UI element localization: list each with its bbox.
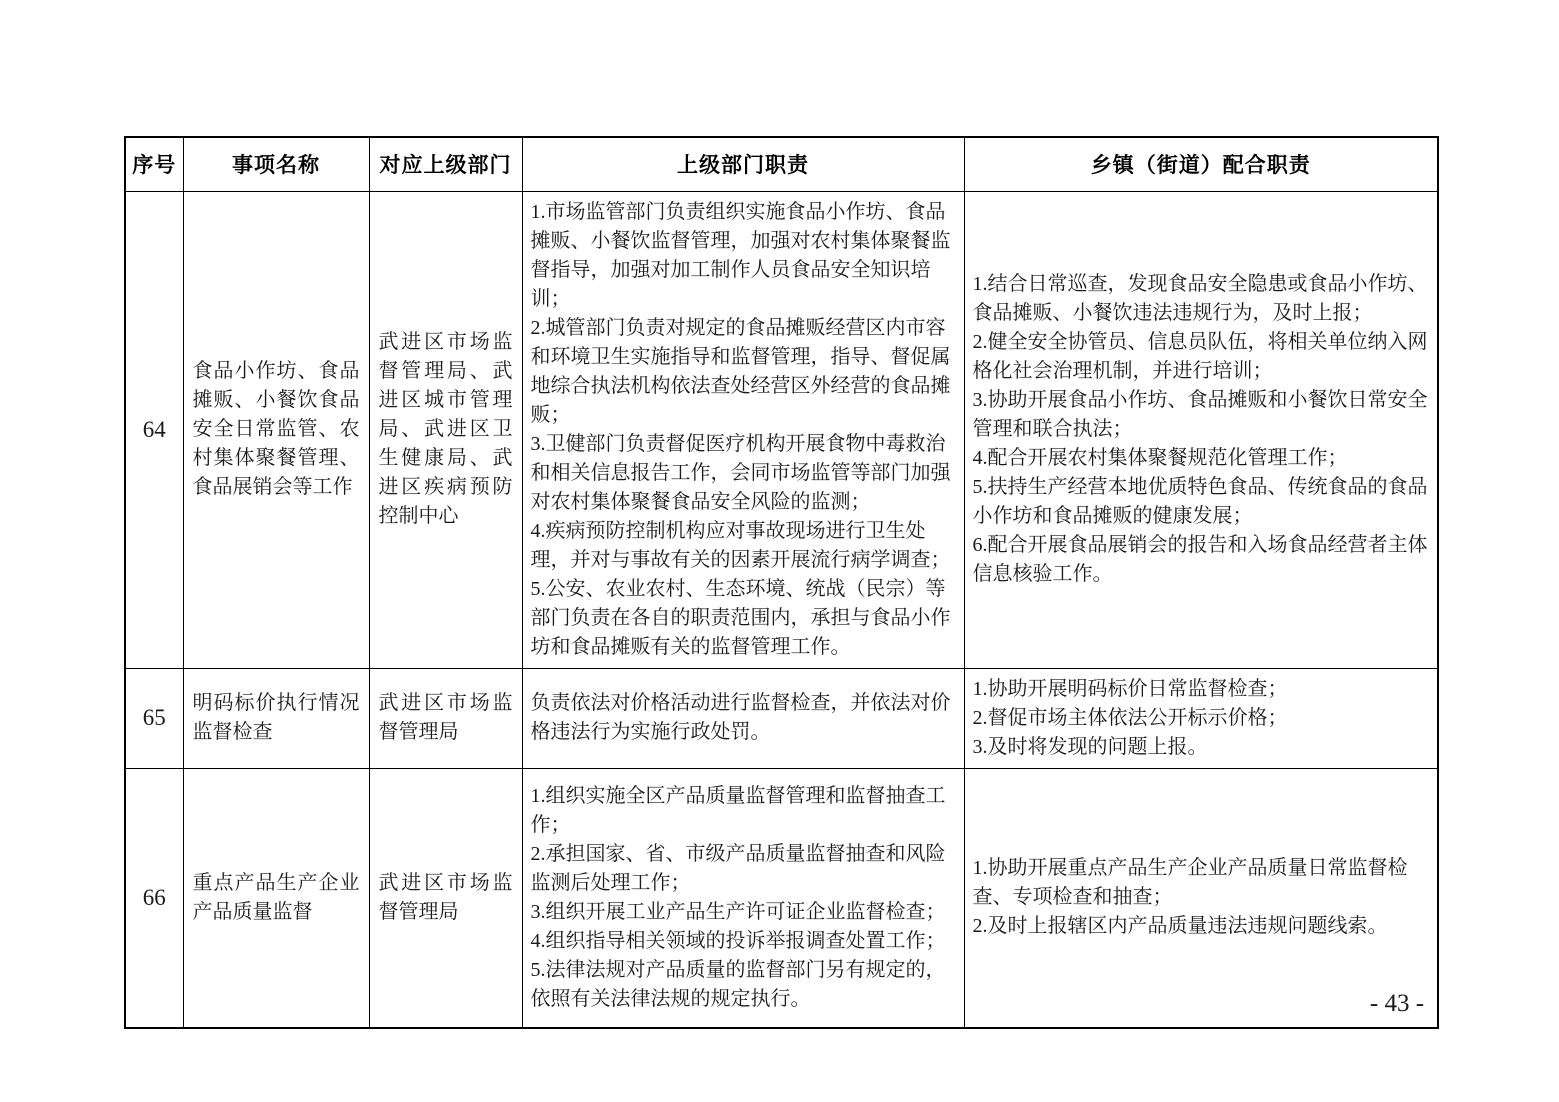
cell-seq-no: 66: [125, 768, 183, 1028]
header-item-name: 事项名称: [183, 137, 369, 191]
cell-superior-duties: 负责依法对价格活动进行监督检查，并依法对价格违法行为实施行政处罚。: [522, 668, 964, 768]
cell-township-duties: 1.协助开展重点产品生产企业产品质量日常监督检查、专项检查和抽查； 2.及时上报…: [964, 768, 1438, 1028]
document-page: 序号 事项名称 对应上级部门 上级部门职责 乡镇（街道）配合职责 64 食品小作…: [0, 0, 1559, 1102]
cell-township-duties: 1.协助开展明码标价日常监督检查； 2.督促市场主体依法公开标示价格； 3.及时…: [964, 668, 1438, 768]
cell-superior-department: 武进区市场监督管理局、武进区城市管理局、武进区卫生健康局、武进区疾病预防控制中心: [369, 191, 522, 668]
table-header-row: 序号 事项名称 对应上级部门 上级部门职责 乡镇（街道）配合职责: [125, 137, 1438, 191]
table-row-65: 65 明码标价执行情况监督检查 武进区市场监督管理局 负责依法对价格活动进行监督…: [125, 668, 1438, 768]
cell-superior-duties: 1.组织实施全区产品质量监督管理和监督抽查工作； 2.承担国家、省、市级产品质量…: [522, 768, 964, 1028]
cell-superior-department: 武进区市场监督管理局: [369, 768, 522, 1028]
header-superior-duties: 上级部门职责: [522, 137, 964, 191]
cell-item-name: 食品小作坊、食品摊贩、小餐饮食品安全日常监管、农村集体聚餐管理、食品展销会等工作: [183, 191, 369, 668]
cell-seq-no: 64: [125, 191, 183, 668]
cell-item-name: 重点产品生产企业产品质量监督: [183, 768, 369, 1028]
cell-superior-duties: 1.市场监管部门负责组织实施食品小作坊、食品摊贩、小餐饮监督管理，加强对农村集体…: [522, 191, 964, 668]
cell-township-duties: 1.结合日常巡查，发现食品安全隐患或食品小作坊、食品摊贩、小餐饮违法违规行为，及…: [964, 191, 1438, 668]
page-number: - 43 -: [1352, 990, 1442, 1018]
table-row-66: 66 重点产品生产企业产品质量监督 武进区市场监督管理局 1.组织实施全区产品质…: [125, 768, 1438, 1028]
responsibility-matrix-table: 序号 事项名称 对应上级部门 上级部门职责 乡镇（街道）配合职责 64 食品小作…: [124, 136, 1439, 1029]
header-township-duties: 乡镇（街道）配合职责: [964, 137, 1438, 191]
table-row-64: 64 食品小作坊、食品摊贩、小餐饮食品安全日常监管、农村集体聚餐管理、食品展销会…: [125, 191, 1438, 668]
cell-seq-no: 65: [125, 668, 183, 768]
cell-item-name: 明码标价执行情况监督检查: [183, 668, 369, 768]
cell-superior-department: 武进区市场监督管理局: [369, 668, 522, 768]
header-superior-department: 对应上级部门: [369, 137, 522, 191]
header-seq-no: 序号: [125, 137, 183, 191]
